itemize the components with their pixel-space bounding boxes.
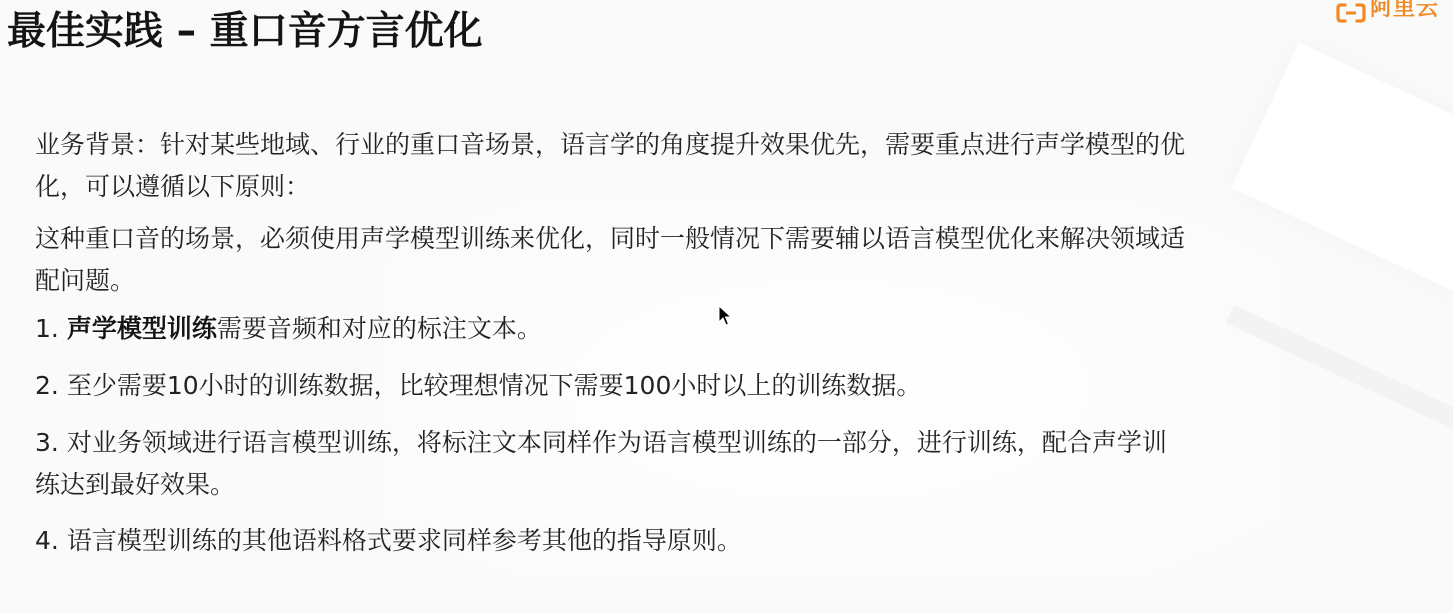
list-item: 1. 声学模型训练需要音频和对应的标注文本。 (35, 308, 1385, 350)
logo-text: 阿里云 (1370, 0, 1439, 21)
paragraph-line: 这种重口音的场景，必须使用声学模型训练来优化，同时一般情况下需要辅以语言模型优化… (35, 218, 1385, 260)
paragraph-background: 业务背景：针对某些地域、行业的重口音场景，语言学的角度提升效果优先，需要重点进行… (35, 124, 1385, 208)
list-item: 2. 至少需要10小时的训练数据，比较理想情况下需要100小时以上的训练数据。 (35, 365, 1385, 407)
list-number: 2. (35, 371, 67, 400)
list-number: 1. (35, 314, 67, 343)
list-text: 需要音频和对应的标注文本。 (217, 314, 542, 343)
list-item: 4. 语言模型训练的其他语料格式要求同样参考其他的指导原则。 (35, 520, 1385, 562)
list-item: 3. 对业务领域进行语言模型训练，将标注文本同样作为语言模型训练的一部分，进行训… (35, 422, 1385, 506)
list-bold-text: 声学模型训练 (67, 314, 217, 343)
paragraph-line: 化，可以遵循以下原则： (35, 166, 1385, 208)
aliyun-logo-icon (1336, 3, 1366, 23)
paragraph-scenario: 这种重口音的场景，必须使用声学模型训练来优化，同时一般情况下需要辅以语言模型优化… (35, 218, 1385, 302)
slide-content: 业务背景：针对某些地域、行业的重口音场景，语言学的角度提升效果优先，需要重点进行… (35, 124, 1385, 576)
list-number: 4. (35, 526, 67, 555)
aliyun-logo: 阿里云 (1336, 0, 1439, 26)
list-text: 至少需要10小时的训练数据，比较理想情况下需要100小时以上的训练数据。 (67, 371, 922, 400)
list-text-continued: 练达到最好效果。 (35, 464, 1385, 506)
slide-title: 最佳实践 – 重口音方言优化 (7, 6, 483, 58)
list-text: 对业务领域进行语言模型训练，将标注文本同样作为语言模型训练的一部分，进行训练，配… (67, 428, 1167, 457)
paragraph-line: 业务背景：针对某些地域、行业的重口音场景，语言学的角度提升效果优先，需要重点进行… (35, 124, 1385, 166)
mouse-pointer-icon (718, 305, 732, 327)
paragraph-line: 配问题。 (35, 260, 1385, 302)
list-number: 3. (35, 428, 67, 457)
list-text: 语言模型训练的其他语料格式要求同样参考其他的指导原则。 (67, 526, 742, 555)
